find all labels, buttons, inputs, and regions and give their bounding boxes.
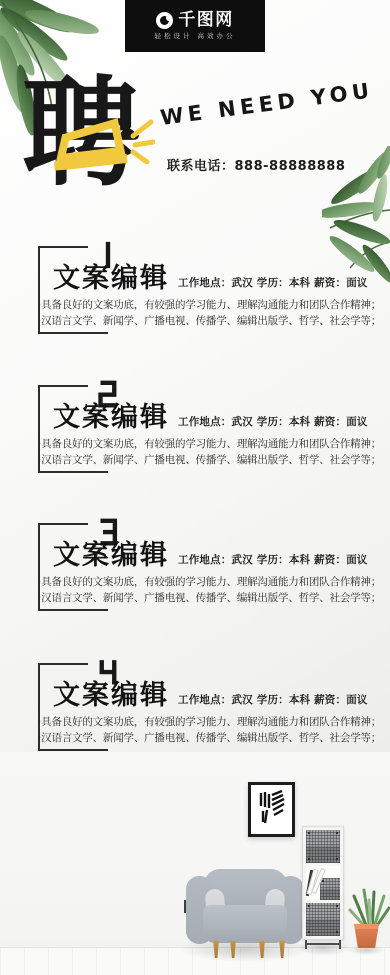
sound-waves-icon [129, 118, 155, 164]
job-bullet: ·汉语言文学、新闻学、广播电视、传播学、编辑出版学、哲学、社会学等； [38, 313, 381, 329]
job-bullet: ·具备良好的文案功底，有较强的学习能力、理解沟通能力和团队合作精神； [38, 714, 381, 730]
job-bullet: ·具备良好的文案功底，有较强的学习能力、理解沟通能力和团队合作精神； [38, 297, 381, 313]
shelf-legs [305, 940, 341, 949]
job-meta: 工作地点：武汉 学历：本科 薪资：面议 [178, 414, 368, 429]
job-section-3: 3 文案编辑 工作地点：武汉 学历：本科 薪资：面议 ·具备良好的文案功底，有较… [0, 523, 390, 623]
armchair-seat [203, 905, 287, 943]
contact-phone: 联系电话：888-88888888 [167, 155, 345, 174]
recruitment-poster: 千图网 轻松设计 高效办公 聘 WE NEED YOU 联系电话：888-888… [0, 0, 390, 975]
bracket-line [38, 523, 88, 525]
plant-icon [348, 886, 390, 930]
job-bullet: ·具备良好的文案功底，有较强的学习能力、理解沟通能力和团队合作精神； [38, 436, 381, 452]
bracket-line [38, 663, 88, 665]
bracket-line [38, 471, 108, 473]
job-meta: 工作地点：武汉 学历：本科 薪资：面议 [178, 275, 368, 290]
job-meta: 工作地点：武汉 学历：本科 薪资：面议 [178, 552, 368, 567]
bracket-line [38, 609, 108, 611]
chair-gap [184, 900, 186, 913]
hero-subline: WE NEED YOU [159, 78, 375, 130]
qiantu-logo-icon [156, 12, 173, 29]
megaphone-icon [48, 117, 131, 170]
job-meta: 工作地点：武汉 学历：本科 薪资：面议 [178, 692, 368, 707]
brand-name: 千图网 [178, 12, 234, 29]
brand-tagline: 轻松设计 高效办公 [154, 33, 235, 40]
job-bullet: ·具备良好的文案功底，有较强的学习能力、理解沟通能力和团队合作精神； [38, 574, 381, 590]
job-title: 文案编辑 [53, 542, 169, 569]
shelf-box [306, 830, 340, 863]
site-logo-bar[interactable]: 千图网 轻松设计 高效办公 [125, 0, 265, 52]
bracket-line [38, 332, 108, 334]
shelf-box [306, 903, 340, 936]
job-section-4: 4 文案编辑 工作地点：武汉 学历：本科 薪资：面议 ·具备良好的文案功底，有较… [0, 663, 390, 763]
bracket-line [38, 749, 108, 751]
job-section-1: 1 文案编辑 工作地点：武汉 学历：本科 薪资：面议 ·具备良好的文案功底，有较… [0, 246, 390, 346]
job-title: 文案编辑 [53, 682, 169, 709]
job-title: 文案编辑 [53, 265, 169, 292]
picture-frame [248, 782, 295, 837]
job-title: 文案编辑 [53, 404, 169, 431]
interior-photo [0, 752, 390, 975]
shelf-books-cell [306, 866, 340, 899]
bracket-line [38, 385, 88, 387]
bracket-line [38, 246, 88, 248]
job-bullet: ·汉语言文学、新闻学、广播电视、传播学、编辑出版学、哲学、社会学等； [38, 730, 381, 746]
job-bullet: ·汉语言文学、新闻学、广播电视、传播学、编辑出版学、哲学、社会学等； [38, 590, 381, 606]
storage-shelf [302, 826, 344, 940]
job-section-2: 2 文案编辑 工作地点：武汉 学历：本科 薪资：面议 ·具备良好的文案功底，有较… [0, 385, 390, 485]
shelf-box-small [320, 878, 340, 900]
job-bullet: ·汉语言文学、新闻学、广播电视、传播学、编辑出版学、哲学、社会学等； [38, 452, 381, 468]
